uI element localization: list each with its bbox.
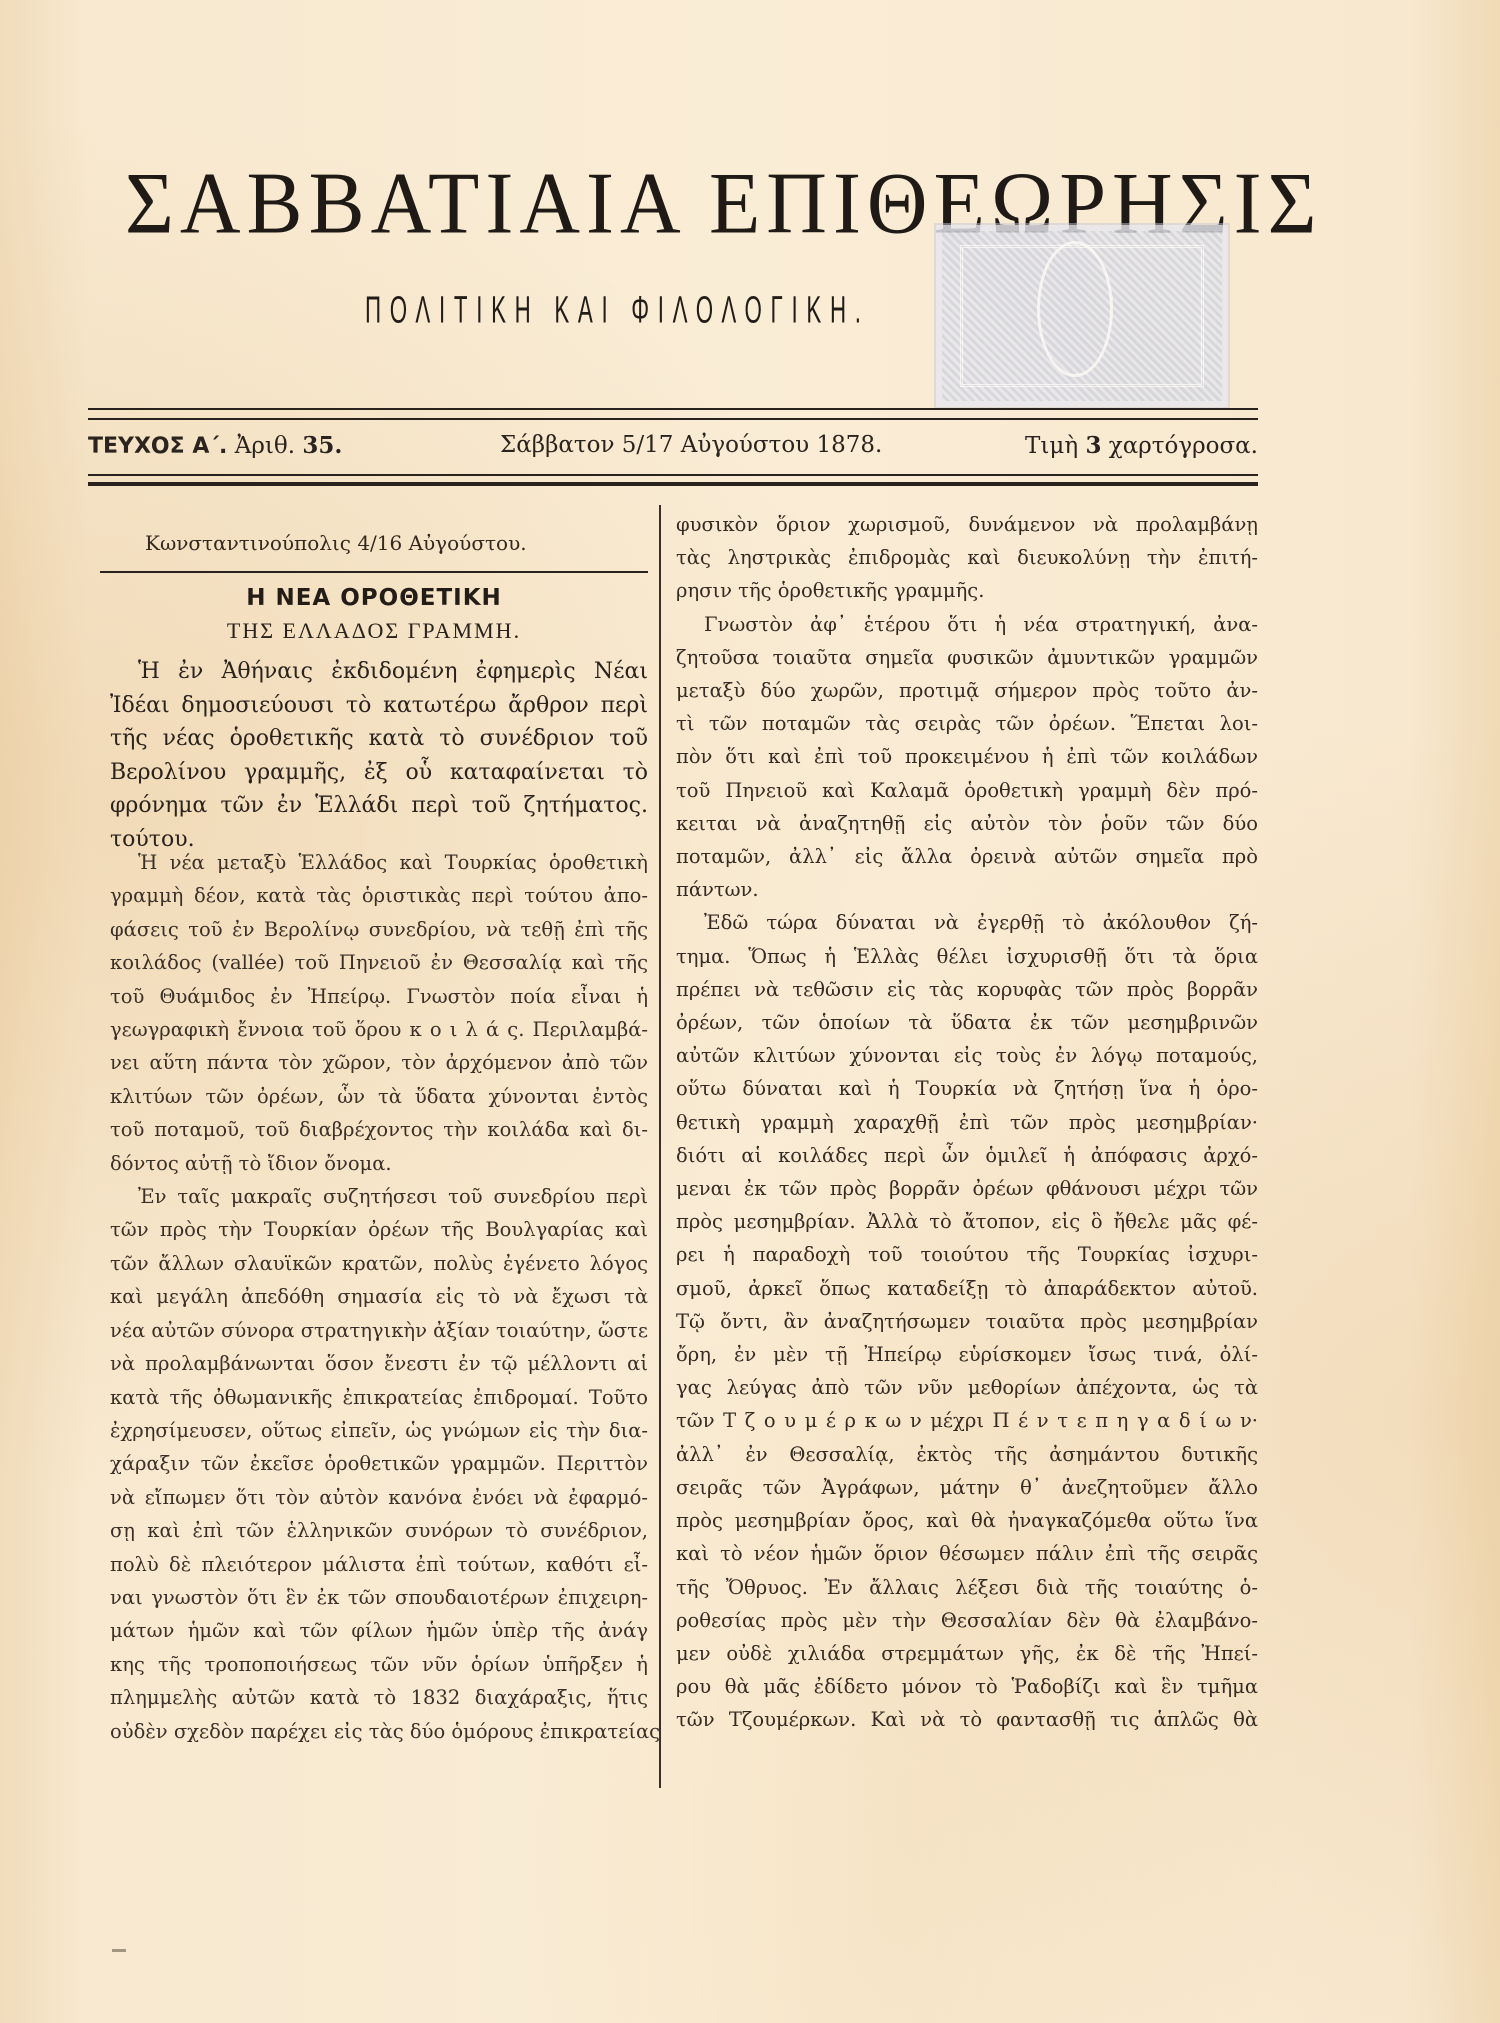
issue-price: Τιμὴ 3 χαρτόγροσα. <box>1025 432 1258 459</box>
issue-number: 35. <box>302 432 342 459</box>
text-line: πλημμελὴς αὐτῶν κατὰ τὸ 1832 διαχάραξις,… <box>110 1681 648 1714</box>
lead-line: Ἡ ἐν Ἀθήναις ἐκδιδομένη ἐφημερὶς Νέαι <box>110 655 648 689</box>
text-line: κης τῆς τροποποιήσεως τῶν νῦν ὁρίων ὑπῆρ… <box>110 1648 648 1681</box>
text-line: σμοῦ, ἀρκεῖ ὅπως καταδείξῃ τὸ ἀπαράδεκτο… <box>676 1272 1258 1305</box>
column-divider <box>659 505 661 1788</box>
price-label: Τιμὴ <box>1025 433 1078 459</box>
text-line: τημα. Ὅπως ἡ Ἑλλὰς θέλει ἰσχυρισθῇ ὅτι τ… <box>676 940 1258 973</box>
lead-line: τῆς νέας ὁροθετικῆς κατὰ τὸ συνέδριον το… <box>110 722 648 756</box>
text-line: ποταμῶν, ἀλλ᾽ εἰς ἄλλα ὀρεινὰ αὐτῶν σημε… <box>676 840 1258 873</box>
text-line: τὶ τῶν ποταμῶν τὰς σειρὰς τῶν ὀρέων. Ἕπε… <box>676 707 1258 740</box>
issue-date: Σάββατον 5/17 Αὐγούστου 1878. <box>500 432 882 458</box>
masthead-subtitle: ΠΟΛΙΤΙΚΗ ΚΑΙ ΦΙΛΟΛΟΓΙΚΗ. <box>365 288 870 332</box>
price-value: 3 <box>1085 432 1101 459</box>
text-line: τοῦ Πηνειοῦ καὶ Καλαμᾶ ὁροθετικὴ γραμμὴ … <box>676 774 1258 807</box>
text-line: μάτων ἡμῶν καὶ τῶν φίλων ἡμῶν ὑπὲρ τῆς ἀ… <box>110 1614 648 1647</box>
text-line: κειται νὰ ἀναζητηθῇ εἰς αὐτὸν τὸν ῥοῦν τ… <box>676 807 1258 840</box>
text-line: μεναι ἐκ τῶν πρὸς βορρᾶν ὀρέων φθάνουσι … <box>676 1172 1258 1205</box>
text-line: χάραξιν τῶν ἐκεῖσε ὁροθετικῶν γραμμῶν. Π… <box>110 1447 648 1480</box>
text-line: τῶν πρὸς τὴν Τουρκίαν ὀρέων τῆς Βουλγαρί… <box>110 1213 648 1246</box>
article-subheadline: ΤΗΣ ΕΛΛΑΔΟΣ ΓΡΑΜΜΗ. <box>100 618 648 644</box>
text-line: τοῦ Θυάμιδος ἐν Ἠπείρῳ. Γνωστὸν ποία εἶν… <box>110 980 648 1013</box>
header-rule-bottom-thick <box>88 482 1258 486</box>
text-line: πάντων. <box>676 873 1258 906</box>
text-line: ἐχρησίμευσεν, οὕτως εἰπεῖν, ὡς γνώμων εἰ… <box>110 1414 648 1447</box>
text-line: πρέπει νὰ τεθῶσιν εἰς τὰς κορυφὰς τῶν πρ… <box>676 973 1258 1006</box>
text-line: Τῷ ὄντι, ἂν ἀναζητήσωμεν τοιαῦτα πρὸς με… <box>676 1305 1258 1338</box>
text-line: Ἐν ταῖς μακραῖς συζητήσεσι τοῦ συνεδρίου… <box>110 1180 648 1213</box>
text-line: οὕτω δύναται καὶ ἡ Τουρκία νὰ ζητήσῃ ἵνα… <box>676 1072 1258 1105</box>
text-line: ρει ἡ παραδοχὴ τοῦ τοιούτου τῆς Τουρκίας… <box>676 1238 1258 1271</box>
text-line: νὰ εἴπωμεν ὅτι τὸν αὐτὸν κανόνα ἐνόει νὰ… <box>110 1481 648 1514</box>
text-line: θετικὴ γραμμὴ χαραχθῇ ἐπὶ τῶν πρὸς μεσημ… <box>676 1106 1258 1139</box>
text-line: μεν οὐδὲ χιλιάδα στρεμμάτων γῆς, ἐκ δὲ τ… <box>676 1637 1258 1670</box>
text-line: ρησιν τῆς ὁροθετικῆς γραμμῆς. <box>676 574 1258 607</box>
issue-volume: ΤΕΥΧΟΣ Α΄. <box>88 434 227 459</box>
text-line: ζητοῦσα τοιαῦτα σημεῖα φυσικῶν ἀμυντικῶν… <box>676 641 1258 674</box>
lead-line: Βερολίνου γραμμῆς, ἐξ οὗ καταφαίνεται τὸ <box>110 756 648 790</box>
dateline-rule <box>100 571 648 573</box>
text-line: κλιτύων τῶν ὀρέων, ὧν τὰ ὕδατα χύνονται … <box>110 1080 648 1113</box>
text-line: σειρᾶς τῶν Ἀγράφων, μάτην θ᾽ ἀνεζητοῦμεν… <box>676 1471 1258 1504</box>
text-line: τῶν Τ ζ ο υ μ έ ρ κ ω ν μέχρι Π έ ν τ ε … <box>676 1404 1258 1437</box>
header-rule-top-2 <box>88 418 1258 420</box>
text-line: Ἐδῶ τώρα δύναται νὰ ἐγερθῇ τὸ ἀκόλουθον … <box>676 906 1258 939</box>
text-line: γραμμὴ δέον, κατὰ τὰς ὁριστικὰς περὶ τού… <box>110 879 648 912</box>
text-line: γας λεύγας ἀπὸ τῶν νῦν μεθορίων ἀπέχοντα… <box>676 1371 1258 1404</box>
text-line: πὸν ὅτι καὶ ἐπὶ τοῦ προκειμένου ἡ ἐπὶ τῶ… <box>676 740 1258 773</box>
right-column-text: φυσικὸν ὅριον χωρισμοῦ, δυνάμενον νὰ προ… <box>676 508 1258 1737</box>
text-line: νει αὕτη πάντα τὸν χῶρον, τὸν ἀρχόμενον … <box>110 1046 648 1079</box>
text-line: Γνωστὸν ἀφ᾽ ἑτέρου ὅτι ἡ νέα στρατηγική,… <box>676 608 1258 641</box>
article-lead: Ἡ ἐν Ἀθήναις ἐκδιδομένη ἐφημερὶς Νέαι Ἰδ… <box>110 655 648 856</box>
postage-stamp-icon <box>936 225 1228 407</box>
text-line: μεταξὺ δύο χωρῶν, προτιμᾷ σήμερον πρὸς τ… <box>676 674 1258 707</box>
text-line: καὶ μεγάλη ἀπεδόθη σημασία εἰς τὸ νὰ ἔχω… <box>110 1280 648 1313</box>
text-line: πρὸς μεσημβρίαν ὄρος, καὶ θὰ ἠναγκαζόμεθ… <box>676 1504 1258 1537</box>
text-line: τῶν ἄλλων σλαυϊκῶν κρατῶν, πολὺς ἐγένετο… <box>110 1247 648 1280</box>
text-line: διότι αἱ κοιλάδες περὶ ὧν ὁμιλεῖ ἡ ἀπόφα… <box>676 1139 1258 1172</box>
text-line: φάσεις τοῦ ἐν Βερολίνῳ συνεδρίου, νὰ τεθ… <box>110 913 648 946</box>
text-line: ρου θὰ μᾶς ἐδίδετο μόνον τὸ Ῥαδοβίζι καὶ… <box>676 1670 1258 1703</box>
issue-volume-number: ΤΕΥΧΟΣ Α΄. Ἀριθ. 35. <box>88 432 342 459</box>
text-line: κοιλάδος (vallée) τοῦ Πηνειοῦ ἐν Θεσσαλί… <box>110 946 648 979</box>
text-line: δόντος αὐτῇ τὸ ἴδιον ὄνομα. <box>110 1147 648 1180</box>
text-line: τὰς ληστρικὰς ἐπιδρομὰς καὶ διευκολύνῃ τ… <box>676 541 1258 574</box>
lead-line: φρόνημα τῶν ἐν Ἑλλάδι περὶ τοῦ ζητήματος… <box>110 789 648 823</box>
text-line: νέα αὐτῶν σύνορα στρατηγικὴν ἀξίαν τοιαύ… <box>110 1314 648 1347</box>
text-line: πρὸς μεσημβρίαν. Ἀλλὰ τὸ ἄτοπον, εἰς ὃ ἤ… <box>676 1205 1258 1238</box>
lead-line: Ἰδέαι δημοσιεύουσι τὸ κατωτέρω ἄρθρον πε… <box>110 689 648 723</box>
ink-smudge <box>112 1949 126 1952</box>
text-line: κατὰ τῆς ὀθωμανικῆς ἐπικρατείας ἐπιδρομα… <box>110 1381 648 1414</box>
text-line: καὶ τὸ νέον ἡμῶν ὅριον θέσωμεν πάλιν ἐπὶ… <box>676 1537 1258 1570</box>
header-rule-top <box>88 408 1258 410</box>
text-line: τῶν Τζουμέρκων. Καὶ νὰ τὸ φαντασθῇ τις ἁ… <box>676 1703 1258 1736</box>
article-headline: Η ΝΕΑ ΟΡΟΘΕΤΙΚΗ <box>100 585 648 611</box>
issue-number-label: Ἀριθ. <box>235 433 295 459</box>
article-dateline: Κωνσταντινούπολις 4/16 Αὐγούστου. <box>145 531 527 555</box>
text-line: ἀλλ᾽ ἐν Θεσσαλίᾳ, ἐκτὸς τῆς ἀσημάντου δυ… <box>676 1438 1258 1471</box>
text-line: ναι γνωστὸν ὅτι ἓν ἐκ τῶν σπουδαιοτέρων … <box>110 1581 648 1614</box>
stamp-ornament-icon <box>1037 241 1113 377</box>
text-line: τοῦ ποταμοῦ, τοῦ διαβρέχοντος τὴν κοιλάδ… <box>110 1113 648 1146</box>
issue-info-bar: ΤΕΥΧΟΣ Α΄. Ἀριθ. 35. Σάββατον 5/17 Αὐγού… <box>88 428 1258 468</box>
text-line: φυσικὸν ὅριον χωρισμοῦ, δυνάμενον νὰ προ… <box>676 508 1258 541</box>
newspaper-page: ΣΑΒΒΑΤΙΑΙΑ ΕΠΙΘΕΩΡΗΣΙΣ ΠΟΛΙΤΙΚΗ ΚΑΙ ΦΙΛΟ… <box>0 0 1500 2023</box>
text-line: πολὺ δὲ πλειότερον μάλιστα ἐπὶ τούτων, κ… <box>110 1548 648 1581</box>
text-line: νὰ προλαμβάνωνται ὅσον ἔνεστι ἐν τῷ μέλλ… <box>110 1347 648 1380</box>
text-line: γεωγραφικὴ ἔννοια τοῦ ὅρου κ ο ι λ ά ς. … <box>110 1013 648 1046</box>
price-unit: χαρτόγροσα. <box>1109 433 1258 459</box>
header-rule-bottom <box>88 474 1258 476</box>
text-line: αὐτῶν κλιτύων χύνονται εἰς τοὺς ἐν λόγῳ … <box>676 1039 1258 1072</box>
text-line: Ἡ νέα μεταξὺ Ἑλλάδος καὶ Τουρκίας ὁροθετ… <box>110 846 648 879</box>
text-line: ὄρη, ἐν μὲν τῇ Ἠπείρῳ εὑρίσκομεν ἴσως τι… <box>676 1338 1258 1371</box>
text-line: οὐδὲν σχεδὸν παρέχει εἰς τὰς δύο ὁμόρους… <box>110 1715 648 1748</box>
text-line: ὀρέων, τῶν ὁποίων τὰ ὕδατα ἐκ τῶν μεσημβ… <box>676 1006 1258 1039</box>
left-column-text: Ἡ νέα μεταξὺ Ἑλλάδος καὶ Τουρκίας ὁροθετ… <box>110 846 648 1748</box>
text-line: σῃ καὶ ἐπὶ τῶν ἑλληνικῶν συνόρων τὸ συνέ… <box>110 1514 648 1547</box>
text-line: ροθεσίας πρὸς μὲν τὴν Θεσσαλίαν δὲν θὰ ἐ… <box>676 1604 1258 1637</box>
text-line: τῆς Ὄθρυος. Ἐν ἄλλαις λέξεσι διὰ τῆς τοι… <box>676 1571 1258 1604</box>
